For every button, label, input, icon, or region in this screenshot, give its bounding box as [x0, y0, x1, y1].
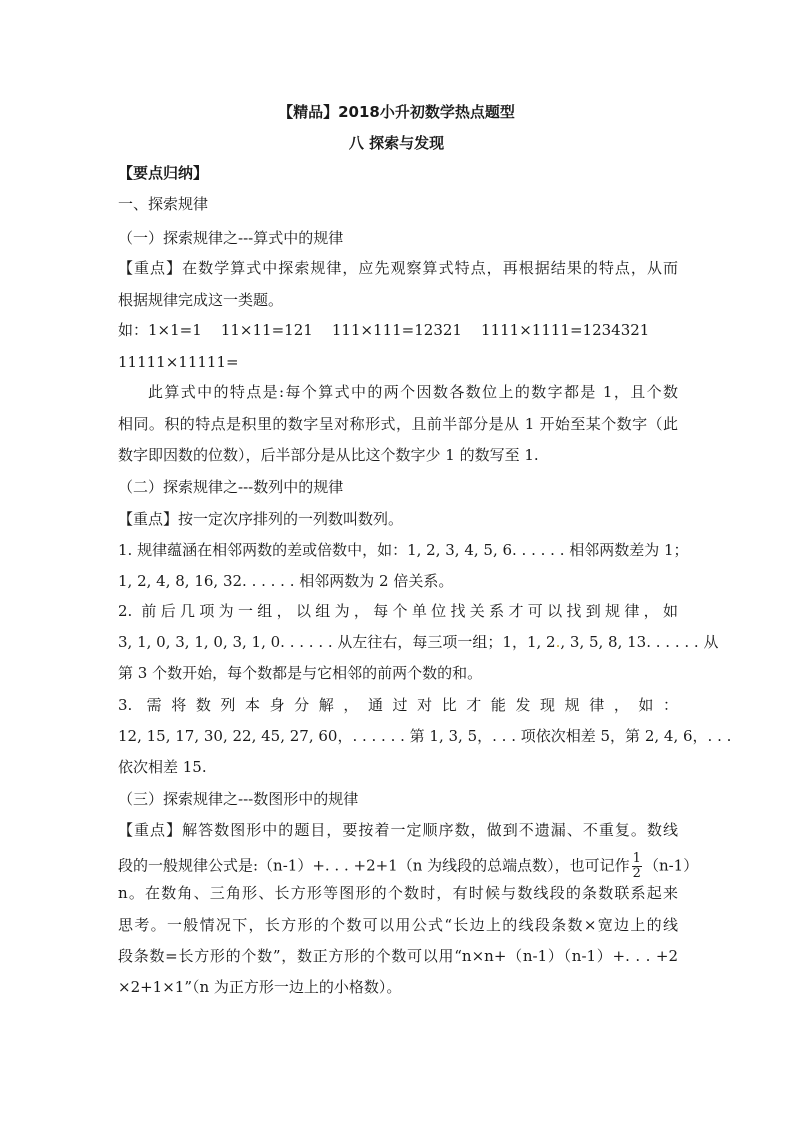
- sub3-heading: （三）探索规律之---数图形中的规律: [118, 789, 678, 809]
- fraction-one-half: 12: [632, 852, 642, 881]
- sub1-key-line: 【重点】在数学算式中探索规律，应先观察算式特点，再根据结果的特点，从而: [118, 258, 678, 278]
- sub2-point2-text: 3, 1, 0, 3, 1, 0, 3, 1, 0. . . . . . 从左往…: [118, 633, 556, 651]
- sub2-key-line: 【重点】按一定次序排列的一列数叫数列。: [118, 509, 678, 529]
- sub1-heading: （一）探索规律之---算式中的规律: [118, 228, 678, 248]
- sub3-key-line: 段条数=长方形的个数”，数正方形的个数可以用“n×n+（n-1）（n-1）+. …: [118, 946, 678, 966]
- sub1-explain-line: 数字即因数的位数），后半部分是从比这个数字少 1 的数写至 1.: [118, 445, 678, 465]
- sub3-key-line: 段的一般规律公式是:（n-1）+. . . +2+1（n 为线段的总端点数），也…: [118, 852, 678, 881]
- sub3-formula-text: （n-1）: [644, 857, 698, 875]
- sub2-point2-text: , 3, 5, 8, 13. . . . . . 从: [560, 633, 718, 651]
- sub3-formula-text: 段的一般规律公式是:（n-1）+. . . +2+1（n 为线段的总端点数），也…: [118, 857, 630, 875]
- sub1-key-line: 根据规律完成这一类题。: [118, 290, 678, 310]
- section-heading: 【要点归纳】: [118, 163, 678, 183]
- document-page: 【精品】2018小升初数学热点题型 八 探索与发现 【要点归纳】 一、探索规律 …: [0, 0, 793, 1122]
- sub2-point2-line: 第 3 个数开始，每个数都是与它相邻的前两个数的和。: [118, 663, 678, 683]
- document-title: 【精品】2018小升初数学热点题型: [0, 102, 793, 122]
- sub2-point1-line: 1. 规律蕴涵在相邻两数的差或倍数中，如：1, 2, 3, 4, 5, 6. .…: [118, 540, 678, 560]
- part-one-heading: 一、探索规律: [118, 194, 678, 214]
- document-subtitle: 八 探索与发现: [0, 133, 793, 153]
- sub3-key-line: 【重点】解答数图形中的题目，要按着一定顺序数，做到不遗漏、不重复。数线: [118, 820, 678, 840]
- sub2-point3-line: 3. 需将数列本身分解，通过对比才能发现规律，如：: [118, 695, 678, 715]
- sub2-point1-line: 1, 2, 4, 8, 16, 32. . . . . . 相邻两数为 2 倍关…: [118, 571, 678, 591]
- sub3-key-line: n。在数角、三角形、长方形等图形的个数时，有时候与数线段的条数联系起来: [118, 883, 678, 903]
- sub2-heading: （二）探索规律之---数列中的规律: [118, 477, 678, 497]
- sub2-point3-line: 12, 15, 17, 30, 22, 45, 27, 60，. . . . .…: [118, 726, 678, 746]
- sub1-example-line: 如：1×1=1 11×11=121 111×111=12321 1111×111…: [118, 320, 678, 340]
- sub1-explain-line: 相同。积的特点是积里的数字呈对称形式，且前半部分是从 1 开始至某个数字（此: [118, 414, 678, 434]
- sub1-example-line: 11111×11111=: [118, 352, 678, 372]
- sub2-point2-line: 3, 1, 0, 3, 1, 0, 3, 1, 0. . . . . . 从左往…: [118, 632, 678, 652]
- sub3-key-line: ×2+1×1”（n 为正方形一边上的小格数）。: [118, 977, 678, 997]
- sub2-point2-line: 2. 前后几项为一组，以组为，每个单位找关系才可以找到规律，如: [118, 601, 678, 621]
- sub3-key-line: 思考。一般情况下，长方形的个数可以用公式“长边上的线段条数×宽边上的线: [118, 915, 678, 935]
- sub1-explain-line: 此算式中的特点是:每个算式中的两个因数各数位上的数字都是 1，且个数: [148, 382, 678, 402]
- sub2-point3-line: 依次相差 15.: [118, 757, 678, 777]
